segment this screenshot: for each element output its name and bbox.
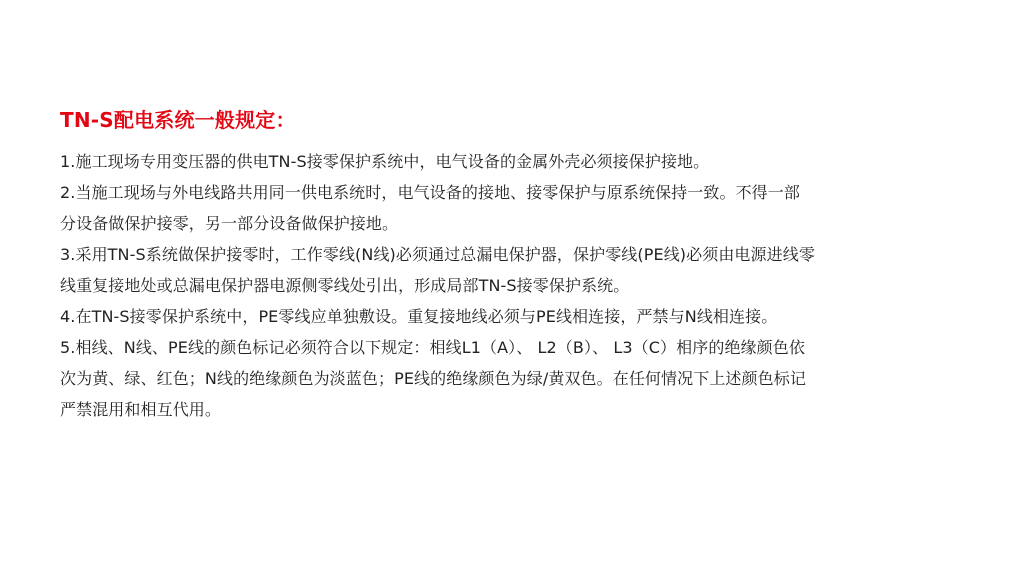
rule-item-2: 2.当施工现场与外电线路共用同一供电系统时，电气设备的接地、接零保护与原系统保持… xyxy=(60,177,960,239)
rule-line: 1.施工现场专用变压器的供电TN-S接零保护系统中，电气设备的金属外壳必须接保护… xyxy=(60,146,960,177)
rule-line: 4.在TN-S接零保护系统中，PE零线应单独敷设。重复接地线必须与PE线相连接，… xyxy=(60,301,960,332)
rule-line: 严禁混用和相互代用。 xyxy=(60,394,960,425)
rule-item-4: 4.在TN-S接零保护系统中，PE零线应单独敷设。重复接地线必须与PE线相连接，… xyxy=(60,301,960,332)
rule-line: 3.采用TN-S系统做保护接零时，工作零线(N线)必须通过总漏电保护器，保护零线… xyxy=(60,239,960,270)
slide: TN-S配电系统一般规定： 1.施工现场专用变压器的供电TN-S接零保护系统中，… xyxy=(0,0,1024,576)
rule-line: 2.当施工现场与外电线路共用同一供电系统时，电气设备的接地、接零保护与原系统保持… xyxy=(60,177,960,208)
rule-item-5: 5.相线、N线、PE线的颜色标记必须符合以下规定：相线L1（A）、 L2（B）、… xyxy=(60,332,960,425)
rule-line: 次为黄、绿、红色；N线的绝缘颜色为淡蓝色；PE线的绝缘颜色为绿/黄双色。在任何情… xyxy=(60,363,960,394)
rule-line: 5.相线、N线、PE线的颜色标记必须符合以下规定：相线L1（A）、 L2（B）、… xyxy=(60,332,960,363)
rule-item-1: 1.施工现场专用变压器的供电TN-S接零保护系统中，电气设备的金属外壳必须接保护… xyxy=(60,146,960,177)
rule-item-3: 3.采用TN-S系统做保护接零时，工作零线(N线)必须通过总漏电保护器，保护零线… xyxy=(60,239,960,301)
rule-line: 分设备做保护接零，另一部分设备做保护接地。 xyxy=(60,208,960,239)
rules-list: 1.施工现场专用变压器的供电TN-S接零保护系统中，电气设备的金属外壳必须接保护… xyxy=(60,146,960,425)
slide-title: TN-S配电系统一般规定： xyxy=(60,104,296,133)
rule-line: 线重复接地处或总漏电保护器电源侧零线处引出，形成局部TN-S接零保护系统。 xyxy=(60,270,960,301)
